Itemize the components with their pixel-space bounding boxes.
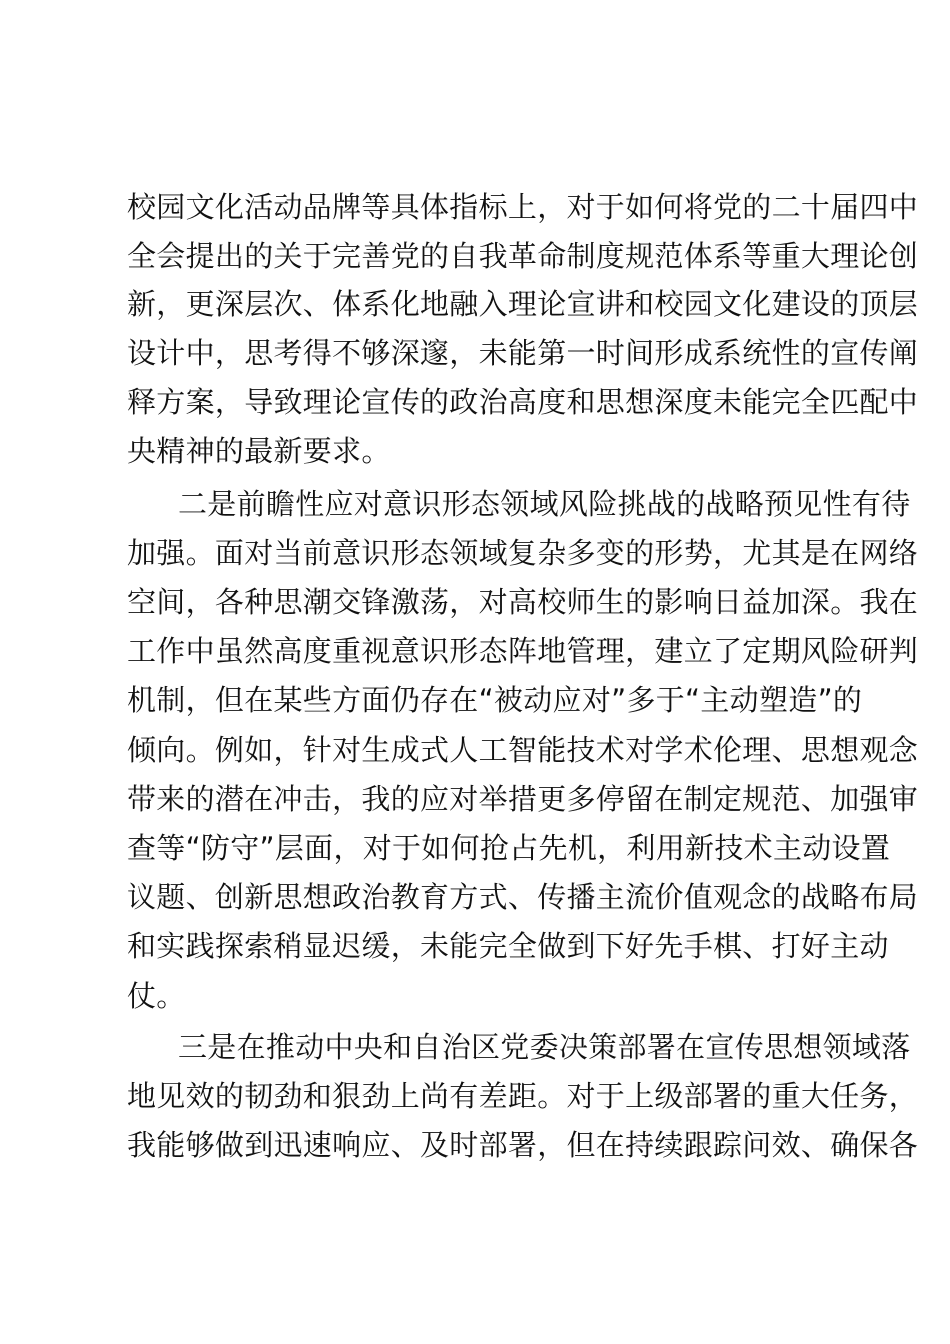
text-line: 设计中，思考得不够深邃，未能第一时间形成系统性的宣传阐 bbox=[127, 333, 837, 373]
text-line: 和实践探索稍显迟缓，未能完全做到下好先手棋、打好主动 bbox=[127, 926, 837, 966]
text-line: 机制，但在某些方面仍存在“被动应对”多于“主动塑造”的 bbox=[127, 680, 837, 720]
text-line: 央精神的最新要求。 bbox=[127, 431, 837, 471]
paragraph-first-line: 三是在推动中央和自治区党委决策部署在宣传思想领域落 bbox=[178, 1027, 837, 1067]
text-line: 全会提出的关于完善党的自我革命制度规范体系等重大理论创 bbox=[127, 236, 837, 276]
text-line: 议题、创新思想政治教育方式、传播主流价值观念的战略布局 bbox=[127, 877, 837, 917]
text-line: 仗。 bbox=[127, 976, 837, 1016]
text-line: 带来的潜在冲击，我的应对举措更多停留在制定规范、加强审 bbox=[127, 779, 837, 819]
text-line: 校园文化活动品牌等具体指标上，对于如何将党的二十届四中 bbox=[127, 187, 837, 227]
text-line: 查等“防守”层面，对于如何抢占先机，利用新技术主动设置 bbox=[127, 828, 837, 868]
text-line: 释方案，导致理论宣传的政治高度和思想深度未能完全匹配中 bbox=[127, 382, 837, 422]
document-page: 校园文化活动品牌等具体指标上，对于如何将党的二十届四中 全会提出的关于完善党的自… bbox=[0, 0, 950, 1344]
text-line: 空间，各种思潮交锋激荡，对高校师生的影响日益加深。我在 bbox=[127, 582, 837, 622]
text-line: 倾向。例如，针对生成式人工智能技术对学术伦理、思想观念 bbox=[127, 730, 837, 770]
text-line: 我能够做到迅速响应、及时部署，但在持续跟踪问效、确保各 bbox=[127, 1125, 837, 1165]
text-line: 工作中虽然高度重视意识形态阵地管理，建立了定期风险研判 bbox=[127, 631, 837, 671]
text-line: 新，更深层次、体系化地融入理论宣讲和校园文化建设的顶层 bbox=[127, 284, 837, 324]
text-line: 加强。面对当前意识形态领域复杂多变的形势，尤其是在网络 bbox=[127, 533, 837, 573]
paragraph-first-line: 二是前瞻性应对意识形态领域风险挑战的战略预见性有待 bbox=[178, 484, 837, 524]
text-line: 地见效的韧劲和狠劲上尚有差距。对于上级部署的重大任务， bbox=[127, 1076, 837, 1116]
